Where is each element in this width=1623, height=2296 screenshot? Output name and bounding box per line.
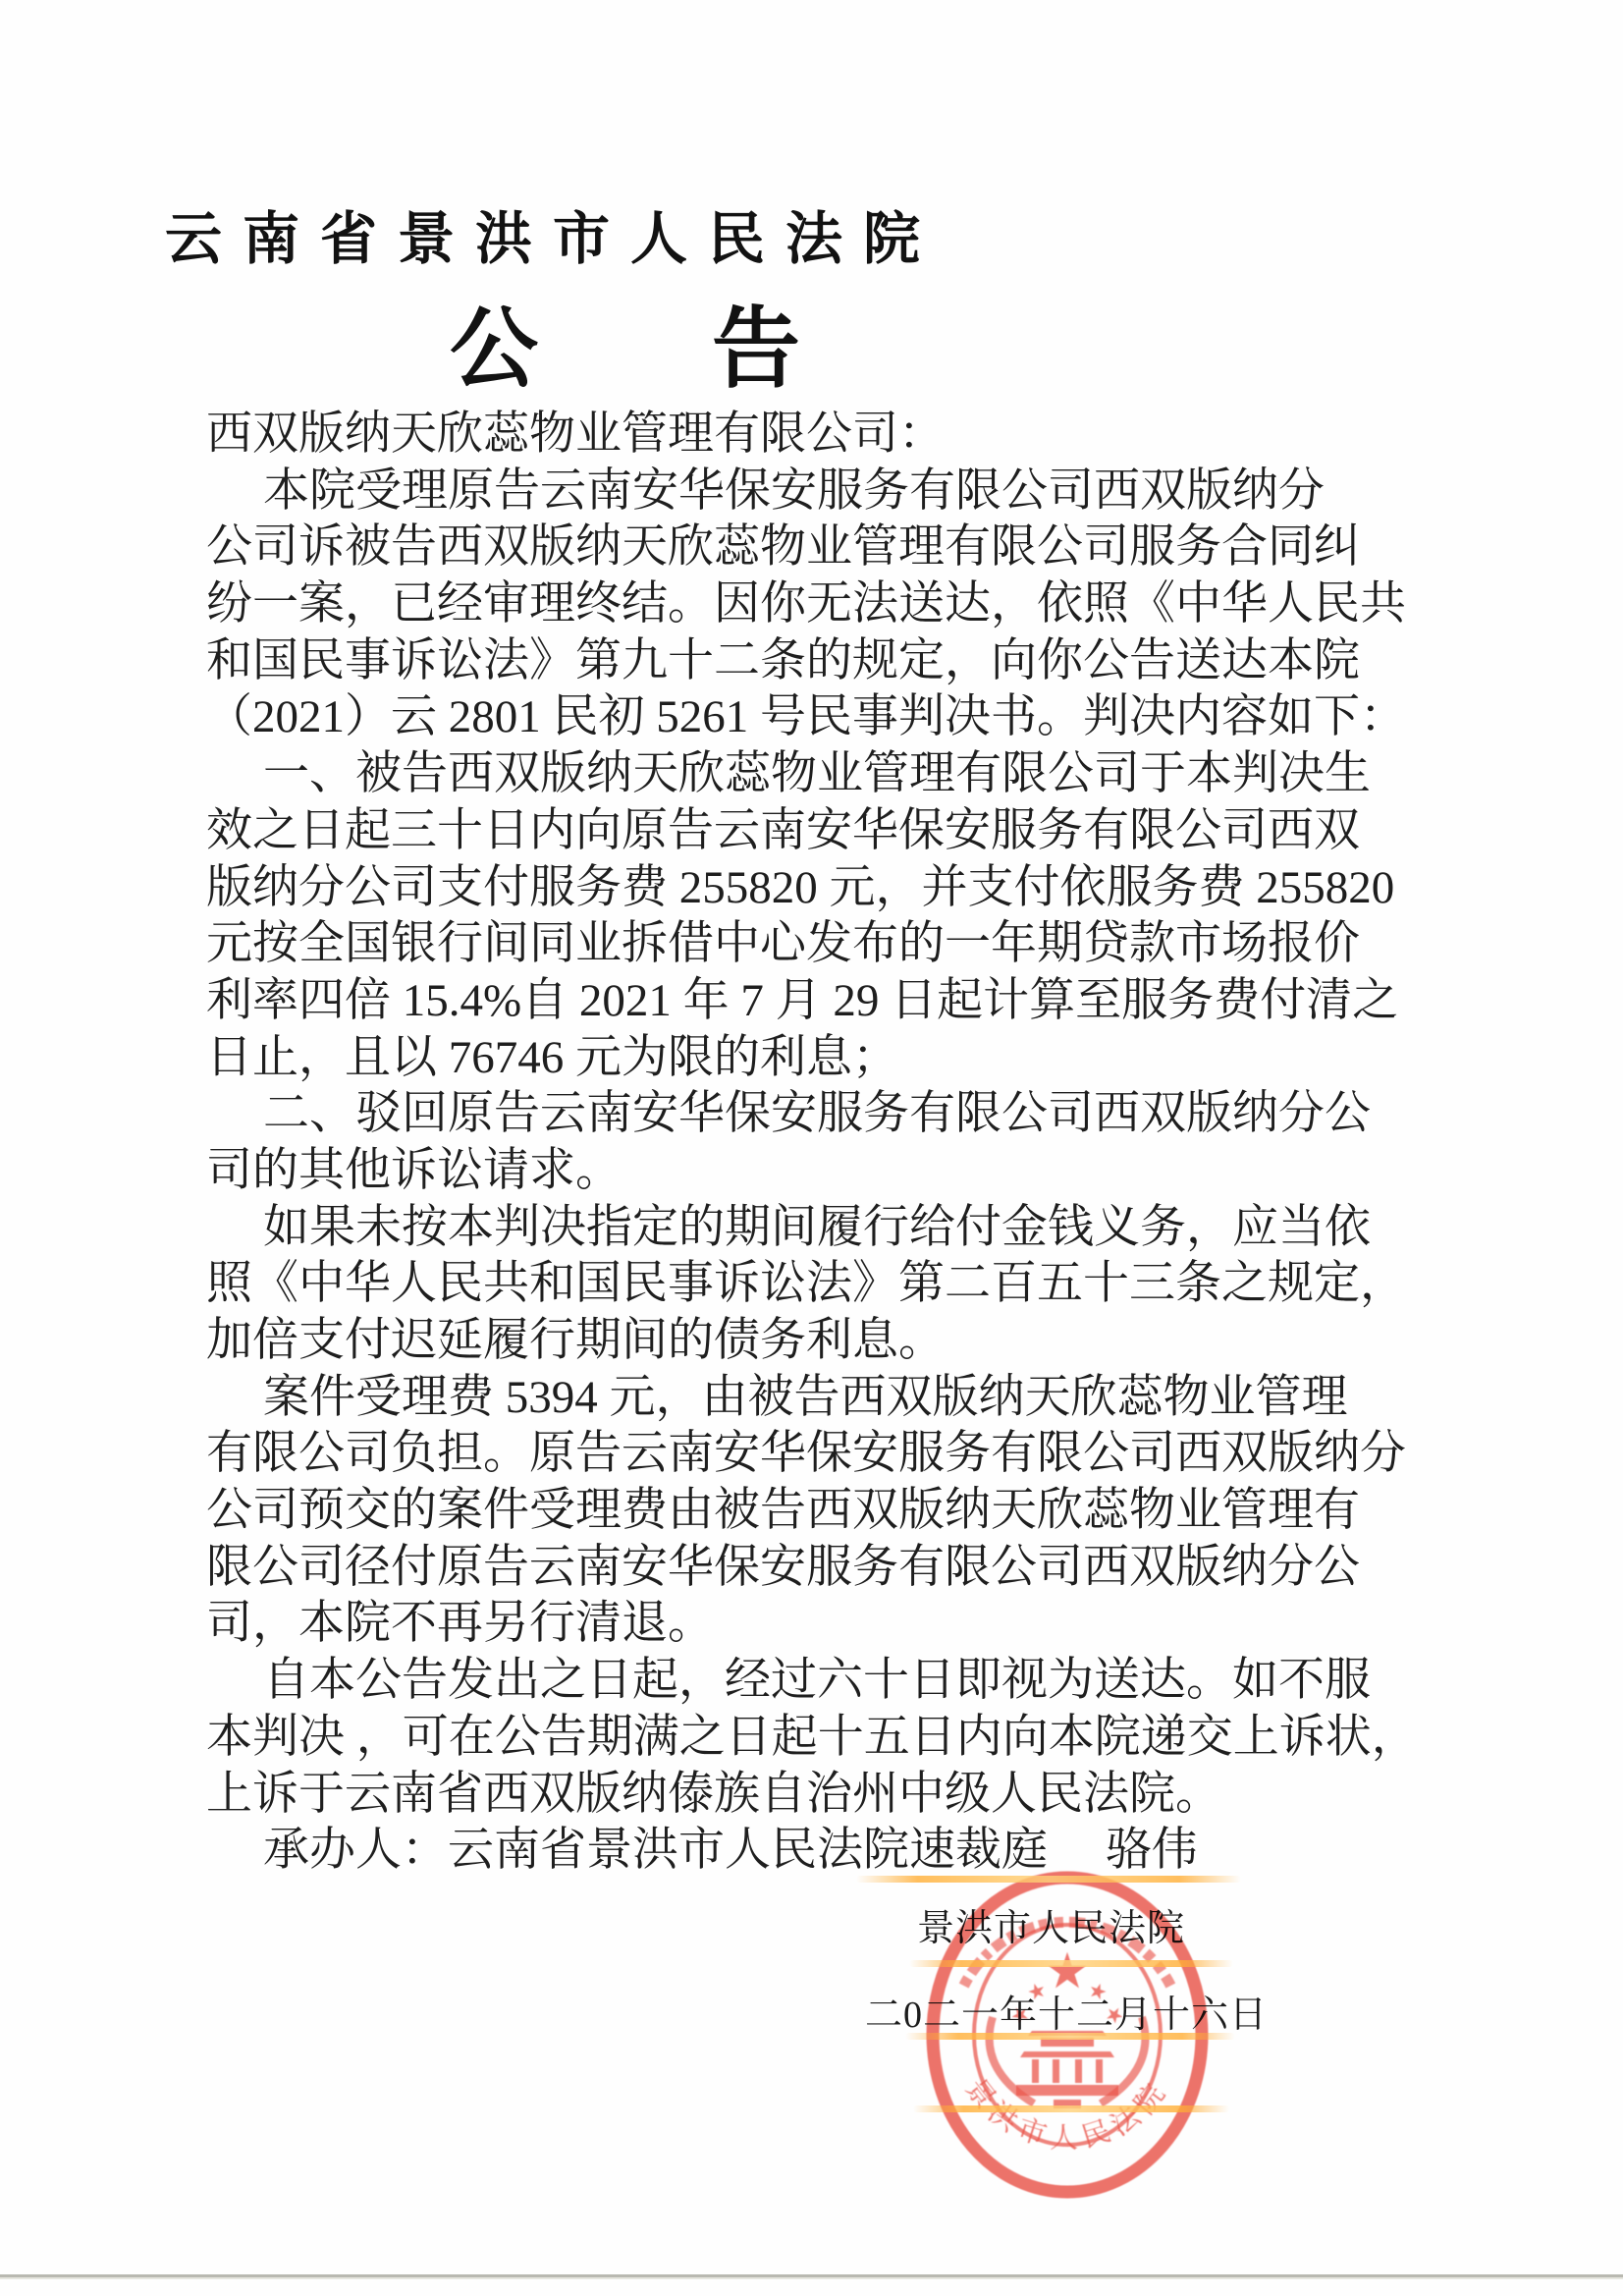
scan-glare-streak (909, 1960, 1233, 1967)
body-line: 纷一案，已经审理终结。因你无法送达，依照《中华人民共 (206, 576, 1335, 633)
body-line: 上诉于云南省西双版纳傣族自治州中级人民法院。 (206, 1767, 1335, 1824)
scan-glare-streak (905, 2033, 1235, 2040)
body-line: 和国民事诉讼法》第九十二条的规定，向你公告送达本院 (206, 633, 1335, 690)
body-line: 西双版纳天欣蕊物业管理有限公司： (206, 407, 1335, 464)
court-title: 云南省景洪市人民法院 (165, 192, 941, 275)
body-line: 效之日起三十日内向原告云南安华保安服务有限公司西双 (206, 803, 1335, 860)
body-line: 公司预交的案件受理费由被告西双版纳天欣蕊物业管理有 (206, 1483, 1335, 1540)
body-line: 自本公告发出之日起，经过六十日即视为送达。如不服 (206, 1653, 1335, 1710)
notice-document-page: 云南省景洪市人民法院 公 告 西双版纳天欣蕊物业管理有限公司：本院受理原告云南安… (0, 0, 1623, 2296)
notice-body: 西双版纳天欣蕊物业管理有限公司：本院受理原告云南安华保安服务有限公司西双版纳分公… (206, 407, 1335, 1880)
scan-glare-streak (856, 1876, 1241, 1883)
body-line: 元按全国银行间同业拆借中心发布的一年期贷款市场报价 (206, 916, 1335, 973)
notice-title: 公 告 (450, 277, 875, 405)
body-line: 二、驳回原告云南安华保安服务有限公司西双版纳分公 (206, 1086, 1335, 1143)
body-line: 公司诉被告西双版纳天欣蕊物业管理有限公司服务合同纠 (206, 519, 1335, 576)
scan-glare-streak (913, 2105, 1229, 2112)
body-line: 本院受理原告云南安华保安服务有限公司西双版纳分 (206, 464, 1335, 520)
body-line: 照《中华人民共和国民事诉讼法》第二百五十三条之规定， (206, 1256, 1335, 1313)
body-line: 司的其他诉讼请求。 (206, 1143, 1335, 1200)
seal-ring-text: 景洪市人民法院 (959, 2072, 1175, 2154)
body-line: 司，本院不再另行清退。 (206, 1596, 1335, 1653)
body-line: 如果未按本判决指定的期间履行给付金钱义务，应当依 (206, 1200, 1335, 1257)
body-line: 利率四倍 15.4%自 2021 年 7 月 29 日起计算至服务费付清之 (206, 973, 1335, 1030)
body-line: 版纳分公司支付服务费 255820 元，并支付依服务费 255820 (206, 860, 1335, 917)
seal-national-emblem-icon (990, 1952, 1146, 2108)
body-line: （2021）云 2801 民初 5261 号民事判决书。判决内容如下： (206, 689, 1335, 746)
body-line: 本判决 ，可在公告期满之日起十五日内向本院递交上诉状， (206, 1710, 1335, 1767)
page-bottom-edge (0, 2274, 1623, 2279)
body-line: 一、被告西双版纳天欣蕊物业管理有限公司于本判决生 (206, 746, 1335, 803)
body-line: 限公司径付原告云南安华保安服务有限公司西双版纳分公 (206, 1540, 1335, 1597)
body-line: 案件受理费 5394 元，由被告西双版纳天欣蕊物业管理 (206, 1370, 1335, 1427)
body-line: 加倍支付迟延履行期间的债务利息。 (206, 1313, 1335, 1370)
body-line: 有限公司负担。原告云南安华保安服务有限公司西双版纳分 (206, 1426, 1335, 1483)
seal-gate-shape (1016, 2031, 1118, 2108)
body-line: 日止，且以 76746 元为限的利息； (206, 1030, 1335, 1087)
